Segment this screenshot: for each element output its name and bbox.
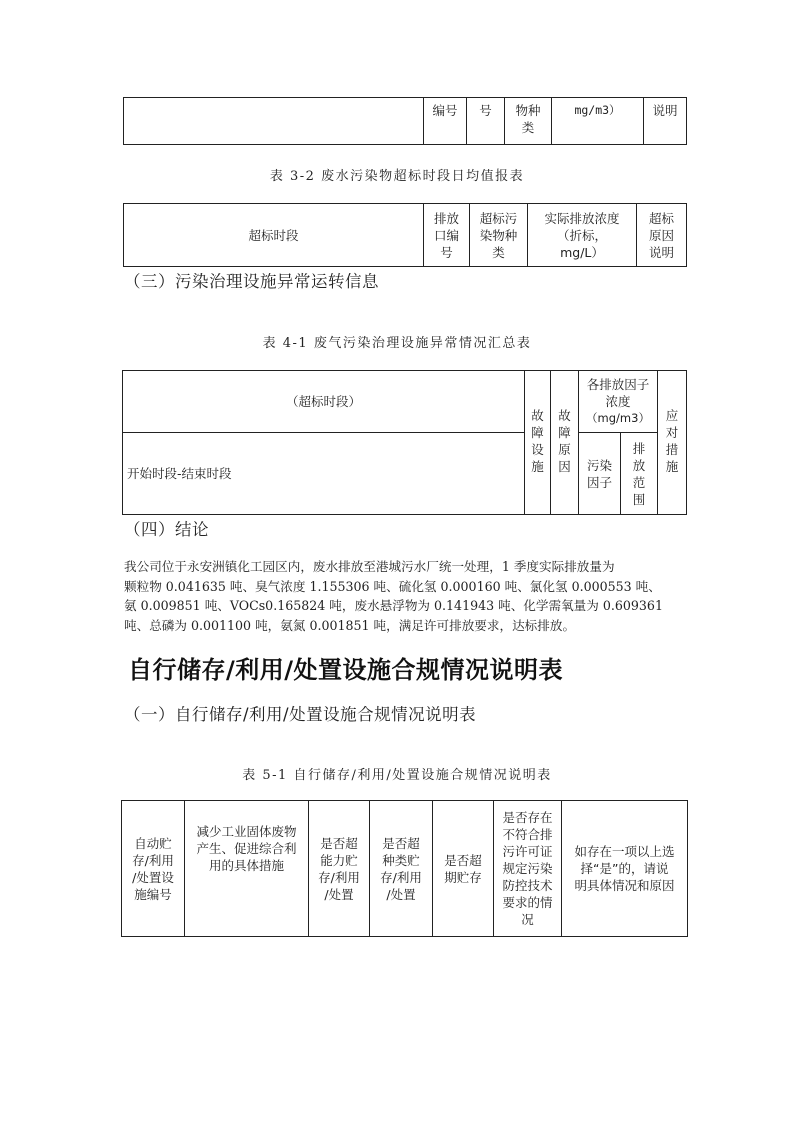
header-line: 是否超 [433, 852, 493, 869]
table-4-1: （超标时段） 故 障 设 施 故 障 原 因 各排放因子 浓度 （mg/m3） … [122, 370, 687, 515]
header-char: 措 [658, 441, 686, 458]
table-4-1-caption: 表 4-1 废气污染治理设施异常情况汇总表 [0, 332, 794, 351]
header-line: （折标， [528, 227, 636, 244]
table-5-1: 自动贮 存/利用 /处置设 施编号 减少工业固体废物 产生、促进综合利 用的具体… [121, 800, 688, 937]
header-line: 明具体情况和原因 [562, 877, 687, 894]
header-cell-over-capacity: 是否超 能力贮 存/利用 /处置 [309, 801, 370, 937]
paragraph-line: 我公司位于永安洲镇化工园区内，废水排放至港城污水厂统一处理，1 季度实际排放量为 [124, 557, 694, 577]
header-cell-explanation: 如存在一项以上选 择“是”的，请说 明具体情况和原因 [562, 801, 688, 937]
header-cell-fault-facility: 故 障 设 施 [525, 371, 551, 515]
header-char: 应 [658, 407, 686, 424]
header-char: 故 [525, 407, 550, 424]
header-cell-fault-reason: 故 障 原 因 [551, 371, 579, 515]
table-3-1-tail: 编号 号 物种类 mg/m3） 说明 [123, 97, 687, 145]
header-line: 存/利用 [122, 852, 184, 869]
header-char: 因 [551, 458, 578, 475]
header-line: /处置 [309, 886, 369, 903]
header-cell-over-period: 是否超 期贮存 [433, 801, 494, 937]
header-line: （mg/m3） [579, 410, 657, 427]
header-line: 能力贮 [309, 852, 369, 869]
blank-cell [124, 98, 424, 145]
header-line: 口编 [424, 227, 469, 244]
table-3-2-caption: 表 3-2 废水污染物超标时段日均值报表 [0, 165, 794, 184]
header-cell: mg/m3） [552, 98, 644, 145]
paragraph-line: 颗粒物 0.041635 吨、臭气浓度 1.155306 吨、硫化氢 0.000… [124, 577, 694, 597]
header-line: 如存在一项以上选 [562, 843, 687, 860]
header-line: 因子 [579, 474, 620, 491]
header-cell-reason: 超标 原因 说明 [637, 204, 687, 267]
header-line: 号 [424, 244, 469, 261]
header-cell-over-type: 是否超 种类贮 存/利用 /处置 [370, 801, 433, 937]
header-line: 自动贮 [122, 835, 184, 852]
header-line: /处置 [370, 886, 432, 903]
header-char: 排 [621, 440, 657, 457]
paragraph-line: 氨 0.009851 吨、VOCs0.165824 吨，废水悬浮物为 0.141… [124, 596, 694, 616]
header-cell-pollutant-factor: 污染 因子 [579, 433, 621, 515]
header-cell-measures: 应 对 措 施 [658, 371, 687, 515]
header-line: 染物种 [470, 227, 527, 244]
header-line: 存/利用 [370, 869, 432, 886]
header-cell-concentration: 各排放因子 浓度 （mg/m3） [579, 371, 658, 433]
header-line: 超标 [637, 210, 686, 227]
header-line: 况 [494, 911, 561, 928]
section-5-1-heading: （一）自行储存/利用/处置设施合规情况说明表 [124, 701, 476, 725]
header-line: 用的具体措施 [185, 857, 308, 874]
header-char: 施 [658, 458, 686, 475]
header-line: 种类贮 [370, 852, 432, 869]
header-char: 范 [621, 474, 657, 491]
header-cell: 号 [467, 98, 505, 145]
header-cell-concentration: 实际排放浓度 （折标， mg/L） [528, 204, 637, 267]
header-line: 排放 [424, 210, 469, 227]
header-line: 实际排放浓度 [528, 210, 636, 227]
conclusion-paragraph: 我公司位于永安洲镇化工园区内，废水排放至港城污水厂统一处理，1 季度实际排放量为… [124, 557, 694, 635]
header-char: 设 [525, 441, 550, 458]
header-cell: 物种类 [505, 98, 552, 145]
paragraph-line: 吨、总磷为 0.001100 吨，氨氮 0.001851 吨，满足许可排放要求，… [124, 616, 694, 636]
header-line: 是否存在 [494, 809, 561, 826]
section-3-heading: （三）污染治理设施异常运转信息 [124, 268, 379, 292]
header-cell-period: 超标时段 [124, 204, 424, 267]
header-line: 规定污染 [494, 860, 561, 877]
header-line: 择“是”的，请说 [562, 860, 687, 877]
header-cell-outlet: 排放 口编 号 [424, 204, 470, 267]
header-text: 物种类 [513, 102, 543, 136]
table-5-1-caption: 表 5-1 自行储存/利用/处置设施合规情况说明表 [0, 764, 794, 783]
header-char: 障 [525, 424, 550, 441]
header-line: 是否超 [370, 835, 432, 852]
header-line: 要求的情 [494, 894, 561, 911]
header-line: 产生、促进综合利 [185, 840, 308, 857]
header-line: 存/利用 [309, 869, 369, 886]
header-line: 浓度 [579, 393, 657, 410]
header-line: 超标污 [470, 210, 527, 227]
header-line: 污染 [579, 457, 620, 474]
header-char: 放 [621, 457, 657, 474]
header-char: 障 [551, 424, 578, 441]
header-cell-pollutant: 超标污 染物种 类 [470, 204, 528, 267]
header-line: 污许可证 [494, 843, 561, 860]
header-char: 施 [525, 458, 550, 475]
header-line: 类 [470, 244, 527, 261]
header-line: 说明 [637, 244, 686, 261]
header-char: 对 [658, 424, 686, 441]
header-line: 原因 [637, 227, 686, 244]
header-line: 防控技术 [494, 877, 561, 894]
header-line: mg/L） [528, 244, 636, 261]
period-value-cell: 开始时段-结束时段 [123, 433, 525, 515]
header-char: 原 [551, 441, 578, 458]
header-cell-period: （超标时段） [123, 371, 525, 433]
chapter-5-title: 自行储存/利用/处置设施合规情况说明表 [128, 650, 563, 685]
header-cell: 说明 [644, 98, 687, 145]
header-line: 各排放因子 [579, 376, 657, 393]
header-char: 围 [621, 491, 657, 508]
table-3-2: 超标时段 排放 口编 号 超标污 染物种 类 实际排放浓度 （折标， mg/L）… [123, 203, 687, 267]
header-line: 减少工业固体废物 [185, 823, 308, 840]
header-line: 期贮存 [433, 869, 493, 886]
section-4-heading: （四）结论 [124, 516, 209, 540]
header-cell: 编号 [424, 98, 467, 145]
header-cell-facility-id: 自动贮 存/利用 /处置设 施编号 [122, 801, 185, 937]
header-line: 是否超 [309, 835, 369, 852]
header-cell-emission-range: 排 放 范 围 [621, 433, 658, 515]
header-cell-measures: 减少工业固体废物 产生、促进综合利 用的具体措施 [185, 801, 309, 937]
header-line: /处置设 [122, 869, 184, 886]
header-line: 不符合排 [494, 826, 561, 843]
header-char: 故 [551, 407, 578, 424]
header-line: 施编号 [122, 886, 184, 903]
header-cell-noncompliance: 是否存在 不符合排 污许可证 规定污染 防控技术 要求的情 况 [494, 801, 562, 937]
